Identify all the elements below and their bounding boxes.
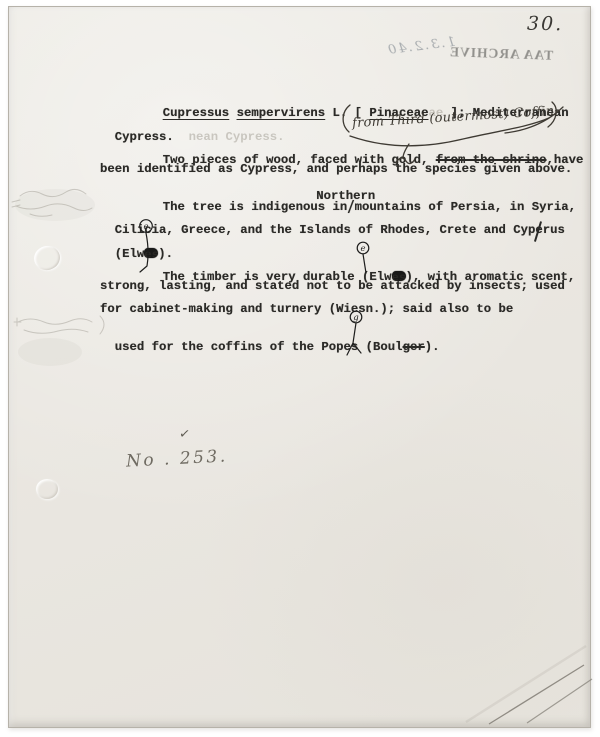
deleted-letter: e	[535, 223, 542, 237]
body-line: for cabinet-making and turnery (Wiesn.);…	[100, 302, 513, 316]
paper-emboss-mark	[36, 479, 58, 499]
strikethrough-text: ger	[403, 340, 425, 354]
inserted-word: Northern	[316, 189, 375, 203]
scanned-archive-document: { "page": { "page_number": "30.", "check…	[0, 0, 600, 737]
body-line: used for the coffins of the Popes (Boulg…	[100, 326, 439, 354]
body-line: strong, lasting, and stated not to be at…	[100, 279, 565, 293]
check-mark: ✓	[178, 426, 191, 442]
page-number: 30.	[527, 13, 564, 36]
body-line: been identified as Cypress, and perhaps …	[100, 162, 572, 176]
